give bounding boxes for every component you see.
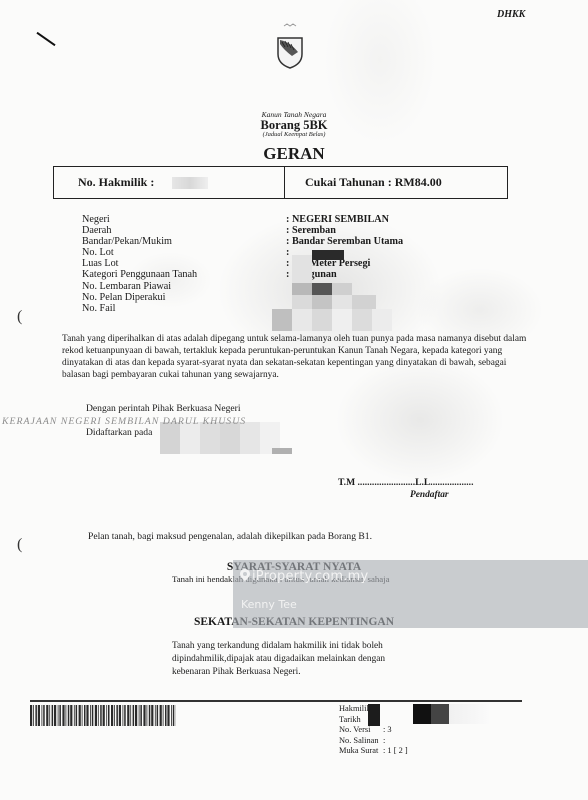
hakmilik-cell: No. Hakmilik : <box>54 167 285 198</box>
field-row: Daerah: Seremban <box>82 225 403 236</box>
redacted-block <box>431 704 449 724</box>
cukai-value: RM84.00 <box>395 175 442 190</box>
document-title: GERAN <box>0 144 588 164</box>
pen-mark <box>36 32 55 46</box>
land-plan-note: Pelan tanah, bagi maksud pengenalan, ada… <box>88 531 372 542</box>
schedule-name: (Jadual Keempat Belas) <box>0 131 588 138</box>
cukai-label: Cukai Tahunan : <box>305 175 392 190</box>
punch-hole-mark: ( <box>17 308 22 326</box>
field-row: No. Lembaran Piawai <box>82 281 403 292</box>
redacted-block <box>449 704 489 724</box>
field-row: Bandar/Pekan/Mukim: Bandar Seremban Utam… <box>82 236 403 247</box>
barcode <box>30 705 176 726</box>
restrictions-text: Tanah yang terkandung didalam hakmilik i… <box>172 640 412 679</box>
footer-divider <box>30 700 522 702</box>
signature-line: T.M ........................L.L.........… <box>338 477 473 488</box>
redacted-block <box>413 704 431 724</box>
watermark-agent: Kenny Tee <box>241 598 297 611</box>
field-row: No. Lot: <box>82 247 403 258</box>
hakmilik-label: No. Hakmilik : <box>78 175 154 190</box>
registered-on-label: Didaftarkan pada <box>86 427 152 438</box>
location-pin-icon <box>240 569 250 581</box>
redacted-hakmilik <box>172 177 208 189</box>
state-government-stamp: KERAJAAN NEGERI SEMBILAN DARUL KHUSUS <box>2 416 246 427</box>
grant-paragraph: Tanah yang diperihalkan di atas adalah d… <box>62 333 532 381</box>
field-row: Negeri: NEGERI SEMBILAN <box>82 214 403 225</box>
field-row: Luas Lot: 149 Meter Persegi <box>82 258 403 269</box>
state-crest-icon <box>272 22 308 70</box>
redacted-block <box>368 704 380 726</box>
document-code: DHKK <box>497 9 525 20</box>
cukai-cell: Cukai Tahunan : RM84.00 <box>285 167 507 198</box>
title-box: No. Hakmilik : Cukai Tahunan : RM84.00 <box>53 166 508 199</box>
authority-line: Dengan perintah Pihak Berkuasa Negeri <box>86 403 241 414</box>
registrar-label: Pendaftar <box>410 490 449 500</box>
field-row: Kategori Penggunaan Tanah: Bangunan <box>82 269 403 280</box>
punch-hole-mark: ( <box>17 536 22 554</box>
watermark-brand: iProperty.com.my <box>240 569 368 584</box>
